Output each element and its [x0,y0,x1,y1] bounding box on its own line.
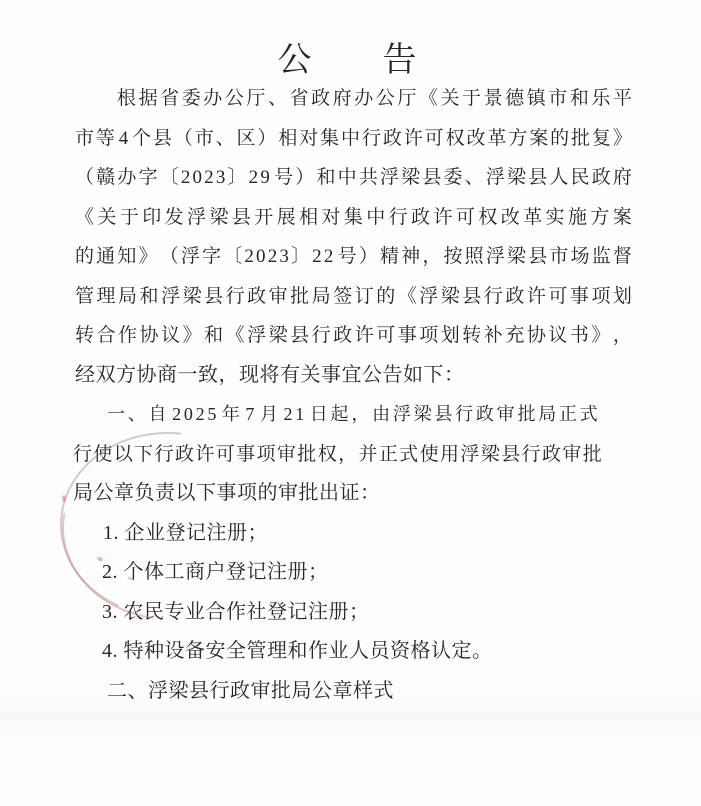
list-item: 1. 企业登记注册； [103,514,701,554]
document-title: 公 告 [0,42,695,80]
text-line: 一、自 2025 年 7 月 21 日起，由浮梁县行政审批局正式 [107,395,598,435]
text-line: 转合作协议》和《浮梁县行政许可事项划转补充协议书》， [75,316,632,356]
text-line: 的通知》（浮字〔2023〕22 号）精神，按照浮梁县市场监督 [75,237,632,277]
text-line: 行使以下行政许可事项审批权，并正式使用浮梁县行政审批 [73,435,602,475]
list-item: 4. 特种设备安全管理和作业人员资格认定。 [102,632,701,672]
text-line: 《关于印发浮梁县开展相对集中行政许可权改革实施方案 [75,198,632,238]
text-line: 局公章负责以下事项的审批出证： [73,474,701,514]
scanned-document-page: { "document": { "title": "公 告", "lines":… [0,0,701,806]
list-item: 3. 农民专业合作社登记注册； [102,593,701,633]
text-line: 二、浮梁县行政审批局公章样式 [107,672,701,712]
text-line: 市等 4 个县（市、区）相对集中行政许可权改革方案的批复》 [75,119,632,159]
text-line: 管理局和浮梁县行政审批局签订的《浮梁县行政许可事项划 [75,277,632,317]
text-line: 根据省委办公厅、省政府办公厅《关于景德镇市和乐平 [117,79,632,119]
list-item: 2. 个体工商户登记注册； [102,553,701,593]
document-body: 根据省委办公厅、省政府办公厅《关于景德镇市和乐平 市等 4 个县（市、区）相对集… [0,79,701,711]
text-line: 经双方协商一致，现将有关事宜公告如下： [75,356,701,396]
text-line: （赣办字〔2023〕29 号）和中共浮梁县委、浮梁县人民政府 [75,158,632,198]
scan-artifact-band [0,712,701,721]
